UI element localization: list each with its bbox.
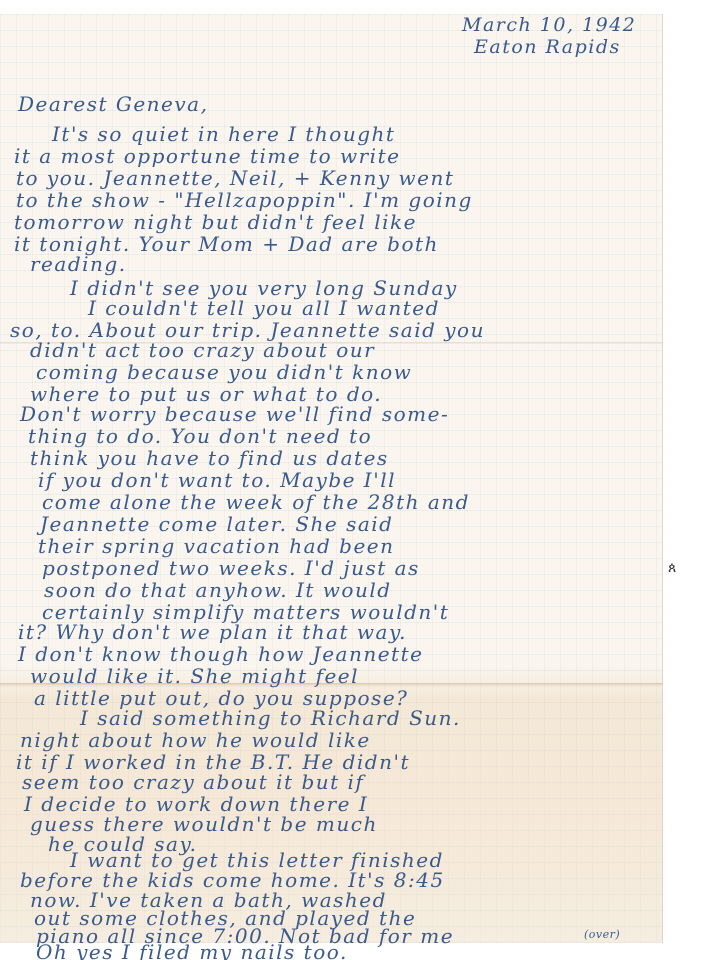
letter-line: to you. Jeannette, Neil, + Kenny went: [16, 166, 454, 190]
letter-line: coming because you didn't know: [36, 360, 412, 384]
letter-line: Don't worry because we'll find some-: [20, 402, 449, 426]
letter-line: seem too crazy about it but if: [22, 770, 364, 794]
letter-line: soon do that anyhow. It would: [44, 578, 392, 602]
letter-line: reading.: [30, 252, 127, 276]
letter-line: I don't know though how Jeannette: [18, 642, 423, 666]
letter-line: come alone the week of the 28th and: [42, 490, 470, 514]
letter-line: I couldn't tell you all I wanted: [88, 296, 440, 320]
letter-line: postponed two weeks. I'd just as: [42, 556, 420, 580]
margin-mark: ጰ: [668, 560, 676, 576]
letter-line: would like it. She might feel: [30, 664, 359, 688]
letter-line: I said something to Richard Sun.: [80, 706, 461, 730]
letter-place: Eaton Rapids: [474, 36, 621, 58]
letter-line: night about how he would like: [20, 728, 371, 752]
letter-line: tomorrow night but didn't feel like: [14, 210, 417, 234]
letter-line: it a most opportune time to write: [14, 144, 400, 168]
salutation: Dearest Geneva,: [18, 92, 208, 116]
over-note: (over): [584, 928, 620, 941]
letter-date: March 10, 1942: [462, 14, 636, 36]
letter-line: think you have to find us dates: [30, 446, 389, 470]
letter-line: Oh yes I filed my nails too.: [36, 940, 348, 960]
letter-line: it? Why don't we plan it that way.: [18, 620, 407, 644]
letter-line: if you don't want to. Maybe I'll: [38, 468, 396, 492]
letter-line: Jeannette come later. She said: [40, 512, 393, 536]
letter-line: to the show - "Hellzapoppin". I'm going: [16, 188, 473, 212]
letter-line: didn't act too crazy about our: [30, 338, 375, 362]
letter-line: It's so quiet in here I thought: [52, 122, 395, 146]
letter-line: thing to do. You don't need to: [28, 424, 372, 448]
letter-line: their spring vacation had been: [38, 534, 395, 558]
